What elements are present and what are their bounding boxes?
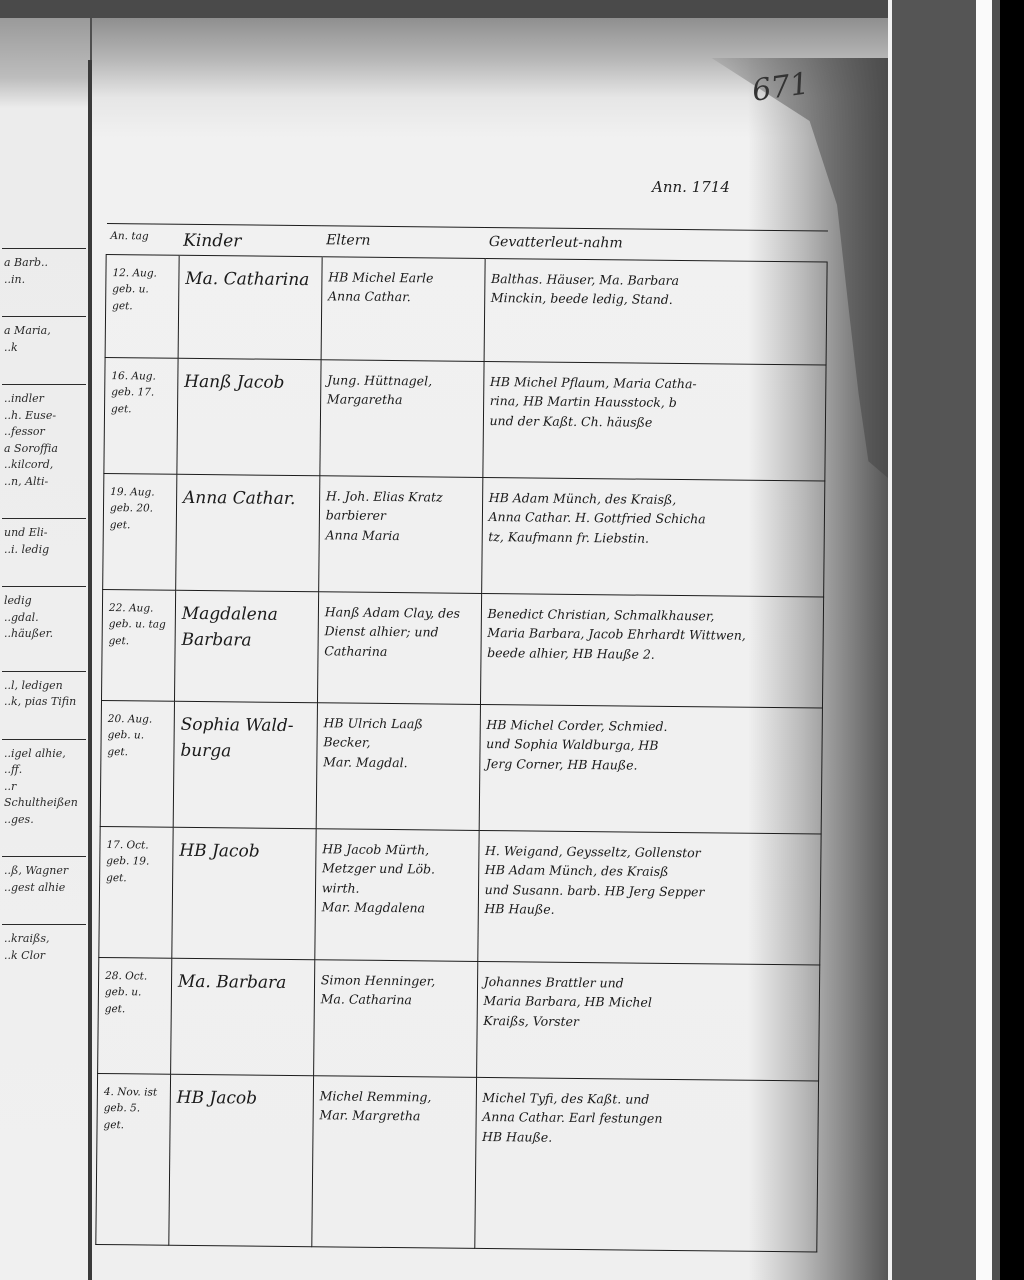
entry-child: Magdalena Barbara	[174, 590, 318, 702]
fragment-line: a Barb..	[4, 255, 86, 272]
entry-child: Sophia Wald-burga	[173, 701, 317, 828]
parent-line: H. Joh. Elias Kratz	[326, 486, 476, 507]
entry-godparents: Johannes Brattler undMaria Barbara, HB M…	[476, 961, 820, 1081]
godparent-line: Kraißs, Vorster	[483, 1011, 813, 1034]
parent-line: Ma. Catharina	[321, 990, 471, 1011]
parent-line: HB Michel Earle	[328, 267, 478, 288]
entry-child: Ma. Barbara	[170, 958, 314, 1075]
entry-parents: HB Michel EarleAnna Cathar.	[321, 257, 485, 362]
parent-line: Becker,	[323, 733, 473, 754]
parent-line: Anna Maria	[325, 525, 475, 546]
fragment-line: ..fessor	[4, 424, 86, 441]
parent-line: Mar. Margretha	[319, 1106, 469, 1127]
left-fragment: a Maria,..k	[2, 316, 86, 356]
parent-line: HB Ulrich Laaß	[323, 713, 473, 734]
left-fragment: ..l, ledigen..k, pias Tifin	[2, 671, 86, 711]
entry-parents: H. Joh. Elias KratzbarbiererAnna Maria	[318, 476, 482, 594]
table-row: 22. Aug. geb. u. tag get. Magdalena Barb…	[101, 589, 823, 708]
fragment-line: ..gest alhie	[4, 880, 86, 897]
entry-date: 12. Aug. geb. u. get.	[105, 255, 179, 359]
left-fragment: ..ß, Wagner..gest alhie	[2, 856, 86, 896]
parent-line: Margaretha	[327, 390, 477, 411]
parent-line: barbierer	[326, 506, 476, 527]
baptism-register-table: An. tag Kinder Eltern Gevatterleut-nahm …	[95, 223, 828, 1253]
entry-date: 22. Aug. geb. u. tag get.	[101, 589, 175, 701]
fragment-line: a Soroffia	[4, 441, 86, 458]
godparent-line: Jerg Corner, HB Hauße.	[486, 754, 816, 777]
parent-line: Anna Cathar.	[328, 287, 478, 308]
entry-godparents: HB Michel Corder, Schmied.und Sophia Wal…	[479, 704, 823, 834]
year-heading: Ann. 1714	[652, 178, 730, 196]
entry-parents: HB Ulrich LaaßBecker,Mar. Magdal.	[316, 703, 480, 831]
table-row: 28. Oct. geb. u. get. Ma. Barbara Simon …	[98, 957, 820, 1081]
fragment-line: ..k, pias Tifin	[4, 694, 86, 711]
fragment-line: und Eli-	[4, 525, 86, 542]
top-shadow	[0, 0, 888, 18]
parent-line: Michel Remming,	[320, 1086, 470, 1107]
header-godparents: Gevatterleut-nahm	[485, 227, 828, 262]
fragment-line: a Maria,	[4, 323, 86, 340]
left-fragment: ..igel alhie,..ff...r Schultheißen..ges.	[2, 739, 86, 829]
godparent-line: HB Hauße.	[484, 899, 814, 922]
entry-child: HB Jacob	[172, 827, 316, 959]
godparent-line: tz, Kaufmann fr. Liebstin.	[488, 527, 818, 550]
fragment-line: ledig	[4, 593, 86, 610]
entry-godparents: HB Adam Münch, des Kraisß,Anna Cathar. H…	[481, 477, 825, 597]
fragment-line: ..ß, Wagner	[4, 863, 86, 880]
fragment-line: ..in.	[4, 272, 86, 289]
entry-godparents: Benedict Christian, Schmalkhauser,Maria …	[480, 593, 824, 708]
entry-parents: HB Jacob Mürth,Metzger und Löb.wirth.Mar…	[315, 829, 479, 962]
fragment-line: ..h. Euse-	[4, 408, 86, 425]
entry-parents: Michel Remming,Mar. Margretha	[312, 1076, 477, 1249]
fragment-line: ..l, ledigen	[4, 678, 86, 695]
entry-child: Anna Cathar.	[176, 474, 320, 591]
fragment-line: ..r Schultheißen	[4, 779, 86, 812]
fragment-line: ..kilcord,	[4, 457, 86, 474]
entry-godparents: Balthas. Häuser, Ma. BarbaraMinckin, bee…	[484, 258, 827, 365]
parent-line: Simon Henninger,	[321, 970, 471, 991]
godparent-line: HB Hauße.	[482, 1127, 812, 1150]
entry-date: 17. Oct. geb. 19. get.	[99, 826, 173, 958]
entry-parents: Simon Henninger,Ma. Catharina	[313, 960, 477, 1078]
parent-line: Hanß Adam Clay, des	[325, 602, 475, 623]
header-child: Kinder	[179, 224, 322, 256]
left-fragment: ledig..gdal...häußer.	[2, 586, 86, 643]
left-page: a Barb....in. a Maria,..k ..indler..h. E…	[0, 18, 90, 1280]
table-row: 19. Aug. geb. 20. get. Anna Cathar. H. J…	[103, 473, 825, 597]
header-parents: Eltern	[322, 226, 485, 259]
parent-line: Mar. Magdal.	[323, 752, 473, 773]
godparent-line: und der Kaßt. Ch. häusße	[489, 411, 819, 434]
entry-child: Ma. Catharina	[178, 255, 322, 359]
entry-date: 16. Aug. geb. 17. get.	[104, 357, 178, 474]
table-row: 20. Aug. geb. u. get. Sophia Wald-burga …	[100, 700, 822, 834]
parent-line: wirth.	[322, 878, 472, 899]
fragment-line: ..k Clor	[4, 948, 86, 965]
fragment-line: ..k	[4, 340, 86, 357]
entry-date: 28. Oct. geb. u. get.	[98, 957, 172, 1074]
entry-child: HB Jacob	[169, 1074, 314, 1246]
fragment-line: ..kraißs,	[4, 931, 86, 948]
entry-godparents: Michel Tyfi, des Kaßt. undAnna Cathar. E…	[474, 1077, 818, 1252]
header-date: An. tag	[106, 224, 179, 256]
parent-line: Mar. Magdalena	[322, 897, 472, 918]
fragment-line: ..igel alhie,	[4, 746, 86, 763]
godparent-line: beede alhier, HB Hauße 2.	[487, 643, 817, 666]
table-row: 4. Nov. ist geb. 5. get. HB Jacob Michel…	[96, 1073, 819, 1252]
entry-godparents: H. Weigand, Geysseltz, GollenstorHB Adam…	[477, 830, 821, 965]
entry-parents: Jung. Hüttnagel,Margaretha	[320, 360, 484, 478]
fragment-line: ..n, Alti-	[4, 474, 86, 491]
right-page: 671 Ann. 1714 An. tag Kinder Eltern Geva…	[92, 18, 888, 1280]
parent-line: Metzger und Löb.	[322, 859, 472, 880]
entry-godparents: HB Michel Pflaum, Maria Catha-rina, HB M…	[482, 361, 826, 481]
fragment-line: ..ff.	[4, 762, 86, 779]
entry-date: 19. Aug. geb. 20. get.	[103, 473, 177, 590]
table-row: 17. Oct. geb. 19. get. HB Jacob HB Jacob…	[99, 826, 821, 965]
fragment-line: ..i. ledig	[4, 542, 86, 559]
page-edge-highlight	[888, 0, 892, 1280]
left-fragment: a Barb....in.	[2, 248, 86, 288]
left-fragment: ..indler..h. Euse-..fessora Soroffia..ki…	[2, 384, 86, 490]
fragment-line: ..häußer.	[4, 626, 86, 643]
left-fragment: und Eli-..i. ledig	[2, 518, 86, 558]
table-row: 12. Aug. geb. u. get. Ma. Catharina HB M…	[105, 255, 827, 366]
entry-date: 20. Aug. geb. u. get.	[100, 700, 174, 827]
parent-line: HB Jacob Mürth,	[322, 839, 472, 860]
scanner-dark-band	[892, 0, 976, 1280]
fragment-line: ..indler	[4, 391, 86, 408]
fragment-line: ..ges.	[4, 812, 86, 829]
entry-date: 4. Nov. ist geb. 5. get.	[96, 1073, 171, 1245]
left-fragment: ..kraißs,..k Clor	[2, 924, 86, 964]
left-page-fragments: a Barb....in. a Maria,..k ..indler..h. E…	[2, 248, 86, 992]
fragment-line: ..gdal.	[4, 610, 86, 627]
parent-line: Catharina	[324, 641, 474, 662]
table-row: 16. Aug. geb. 17. get. Hanß Jacob Jung. …	[104, 357, 826, 481]
entry-child: Hanß Jacob	[177, 358, 321, 475]
parent-line: Jung. Hüttnagel,	[327, 370, 477, 391]
parent-line: Dienst alhier; und	[324, 622, 474, 643]
entry-parents: Hanß Adam Clay, desDienst alhier; undCat…	[317, 592, 481, 705]
scanner-white-strip	[976, 0, 992, 1280]
godparent-line: Minckin, beede ledig, Stand.	[491, 288, 821, 311]
